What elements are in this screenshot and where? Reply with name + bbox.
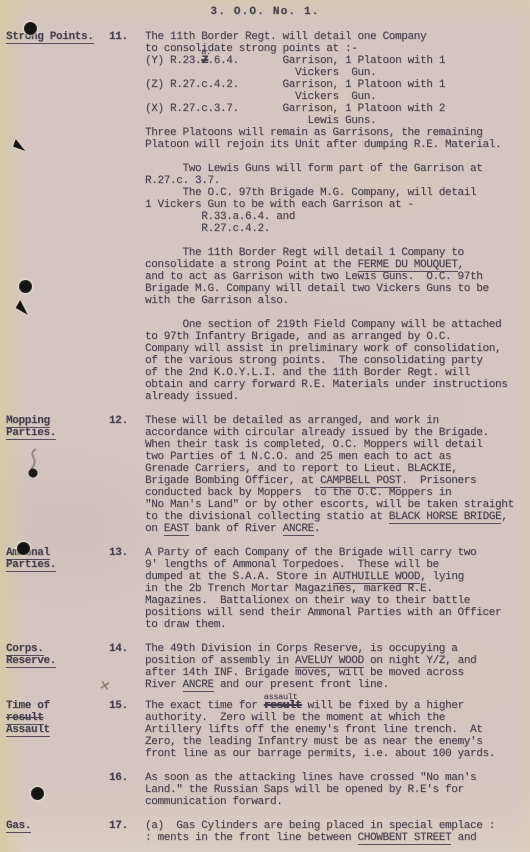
- text-line: dumped at the S.A.A. Store in AUTHUILLE …: [145, 571, 528, 583]
- text-line: R.27.c.4.2.: [145, 223, 528, 235]
- margin-label-line: Time of: [6, 700, 109, 712]
- text-line: When their task is completed, O.C. Moppe…: [145, 439, 528, 451]
- text-line: of the 2nd K.O.Y.L.I. and the 11th Borde…: [145, 367, 528, 379]
- margin-label-line: Gas.: [6, 820, 109, 832]
- text-line: conducted back by Moppers to the O.C. Mo…: [145, 487, 528, 499]
- text-line: "No Man's Land" or by other escorts, wil…: [145, 499, 528, 511]
- paragraph-body: As soon as the attacking lines have cros…: [145, 772, 528, 808]
- paragraph-body: (a) Gas Cylinders are being placed in sp…: [145, 820, 528, 844]
- text-line: to draw them.: [145, 619, 528, 631]
- section-corps-reserve: Corps.Reserve.14.The 49th Division in Co…: [5, 643, 528, 691]
- text-line: The exact time for assaultresult will be…: [145, 700, 528, 712]
- text-line: to the divisional collecting statio at B…: [145, 511, 528, 523]
- paragraph-body: The exact time for assaultresult will be…: [145, 700, 528, 760]
- scanned-document-page: 3. O.O. No. 1. Strong Points.11.The 11th…: [0, 0, 530, 852]
- paragraph-number: 14.: [109, 643, 145, 691]
- text-line: positions will send their Ammonal Partie…: [145, 607, 528, 619]
- paragraph-body: The 11th Border Regt. will detail one Co…: [145, 31, 528, 403]
- margin-label-line: Ammonal: [6, 547, 109, 559]
- text-line: [145, 151, 528, 163]
- text-line: Land." the Russian Saps will be opened b…: [145, 784, 528, 796]
- paragraph-number: 17.: [109, 820, 145, 844]
- text-line: after 14th INF. Brigade moves, will be m…: [145, 667, 528, 679]
- text-line: Platoon will rejoin its Unit after dumpi…: [145, 139, 528, 151]
- margin-label-mopping-parties: MoppingParties.: [5, 415, 109, 535]
- margin-label-line: Assault: [6, 724, 109, 736]
- margin-label-line: Strong Points.: [6, 31, 109, 43]
- paragraph-body: These will be detailed as arranged, and …: [145, 415, 528, 535]
- text-line: One section of 219th Field Company will …: [145, 319, 528, 331]
- text-line: on EAST bank of River ANCRE.: [145, 523, 528, 535]
- section-ammonal-parties: AmmonalParties.13.A Party of each Compan…: [5, 547, 528, 631]
- margin-label-line: result: [6, 712, 109, 724]
- text-line: Vickers Gun.: [145, 67, 528, 79]
- text-line: Zero, the leading Infantry must be as ne…: [145, 736, 528, 748]
- text-line: (Z) R.27.c.4.2. Garrison, 1 Platoon with…: [145, 79, 528, 91]
- text-line: consolidate a strong Point at the FERME …: [145, 259, 528, 271]
- paragraph-number: 15.: [109, 700, 145, 760]
- text-line: Artillery lifts off the enemy's front li…: [145, 724, 528, 736]
- text-line: (a) Gas Cylinders are being placed in sp…: [145, 820, 528, 832]
- margin-label-line: Mopping: [6, 415, 109, 427]
- text-line: The O.C. 97th Brigade M.G. Company, will…: [145, 187, 528, 199]
- text-line: R.33.a.6.4. and: [145, 211, 528, 223]
- margin-label-line: Parties.: [6, 559, 109, 571]
- text-line: authority. Zero will be the moment at wh…: [145, 712, 528, 724]
- text-line: two Parties of 1 N.C.O. and 25 men each …: [145, 451, 528, 463]
- document-body: Strong Points.11.The 11th Border Regt. w…: [0, 18, 530, 844]
- text-line: The 11th Border Regt will detail 1 Compa…: [145, 247, 528, 259]
- text-line: already issued.: [145, 391, 528, 403]
- text-line: front line as our barrage permits, i.e. …: [145, 748, 528, 760]
- text-line: Three Platoons will remain as Garrisons,…: [145, 127, 528, 139]
- text-line: Brigade M.G. Company will detail two Vic…: [145, 283, 528, 295]
- text-line: These will be detailed as arranged, and …: [145, 415, 528, 427]
- section-mopping-parties: MoppingParties.12.These will be detailed…: [5, 415, 528, 535]
- text-line: Two Lewis Guns will form part of the Gar…: [145, 163, 528, 175]
- text-line: 1 Vickers Gun to be with each Garrison a…: [145, 199, 528, 211]
- text-line: obtain and carry forward R.E. Materials …: [145, 379, 528, 391]
- text-line: communication forward.: [145, 796, 528, 808]
- text-line: [145, 307, 528, 319]
- section-time-of-assault: Time ofresultAssault15.The exact time fo…: [5, 700, 528, 760]
- text-line: The 11th Border Regt. will detail one Co…: [145, 31, 528, 43]
- section-gas: Gas.17.(a) Gas Cylinders are being place…: [5, 820, 528, 844]
- text-line: (Y) R.23.a.Z.6.4. Garrison, 1 Platoon wi…: [145, 55, 528, 67]
- text-line: Magazines. Battalionex on their way to t…: [145, 595, 528, 607]
- overtyped-correction: assaultresult: [264, 700, 302, 712]
- text-line: (X) R.27.c.3.7. Garrison, 1 Platoon with…: [145, 103, 528, 115]
- text-line: A Party of each Company of the Brigade w…: [145, 547, 528, 559]
- text-line: Vickers Gun.: [145, 91, 528, 103]
- paragraph-number: 16.: [109, 772, 145, 808]
- section-strong-points: Strong Points.11.The 11th Border Regt. w…: [5, 31, 528, 403]
- text-line: with the Garrison also.: [145, 295, 528, 307]
- paragraph-number: 13.: [109, 547, 145, 631]
- text-line: Company will assist in preliminary work …: [145, 343, 528, 355]
- margin-label-russian-saps: [5, 772, 109, 808]
- paragraph-body: The 49th Division in Corps Reserve, is o…: [145, 643, 528, 691]
- text-line: As soon as the attacking lines have cros…: [145, 772, 528, 784]
- paragraph-body: A Party of each Company of the Brigade w…: [145, 547, 528, 631]
- paragraph-number: 12.: [109, 415, 145, 535]
- text-line: Brigade Bombing Officer, at CAMPBELL POS…: [145, 475, 528, 487]
- text-line: and to act as Garrison with two Lewis Gu…: [145, 271, 528, 283]
- text-line: 9' lengths of Ammonal Torpedoes. These w…: [145, 559, 528, 571]
- section-russian-saps: 16.As soon as the attacking lines have c…: [5, 772, 528, 808]
- page-header-title: 3. O.O. No. 1.: [0, 0, 530, 18]
- margin-label-line: Reserve.: [6, 655, 109, 667]
- text-line: to 97th Infantry Brigade, and as arrange…: [145, 331, 528, 343]
- text-line: [145, 235, 528, 247]
- margin-label-ammonal-parties: AmmonalParties.: [5, 547, 109, 631]
- margin-label-line: Corps.: [6, 643, 109, 655]
- text-line: accordance with circular already issued …: [145, 427, 528, 439]
- margin-label-gas: Gas.: [5, 820, 109, 844]
- text-line: Lewis Guns.: [145, 115, 528, 127]
- overtyped-correction: a.Z: [201, 55, 207, 67]
- text-line: of the various strong points. The consol…: [145, 355, 528, 367]
- text-line: : ments in the front line between CHOWBE…: [145, 832, 528, 844]
- text-line: The 49th Division in Corps Reserve, is o…: [145, 643, 528, 655]
- paragraph-number: 11.: [109, 31, 145, 403]
- margin-label-line: Parties.: [6, 427, 109, 439]
- margin-label-corps-reserve: Corps.Reserve.: [5, 643, 109, 691]
- margin-label-strong-points: Strong Points.: [5, 31, 109, 403]
- text-line: Grenade Carriers, and to report to Lieut…: [145, 463, 528, 475]
- text-line: position of assembly in AVELUY WOOD on n…: [145, 655, 528, 667]
- text-line: R.27.c. 3.7.: [145, 175, 528, 187]
- margin-label-time-of-assault: Time ofresultAssault: [5, 700, 109, 760]
- text-line: in the 2b Trench Mortar Magazines, marke…: [145, 583, 528, 595]
- text-line: River ANCRE and our present front line.: [145, 679, 528, 691]
